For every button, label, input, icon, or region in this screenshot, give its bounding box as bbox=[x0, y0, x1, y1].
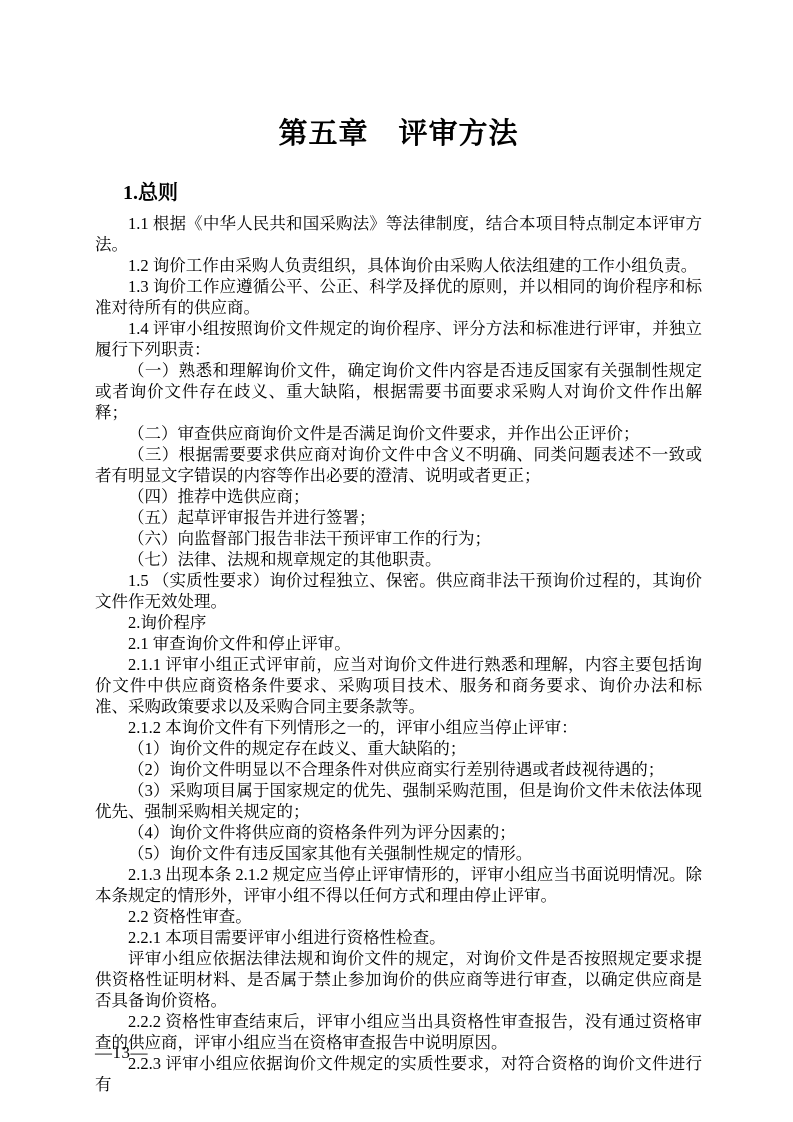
section-heading: 1.总则 bbox=[123, 180, 702, 206]
paragraph: 1.2 询价工作由采购人负责组织，具体询价由采购人依法组建的工作小组负责。 bbox=[95, 255, 702, 276]
paragraph: 2.2 资格性审查。 bbox=[95, 906, 702, 927]
paragraph: （1）询价文件的规定存在歧义、重大缺陷的； bbox=[95, 738, 702, 759]
paragraph: 1.1 根据《中华人民共和国采购法》等法律制度，结合本项目特点制定本评审方法。 bbox=[95, 213, 702, 255]
paragraph: 2.1 审查询价文件和停止评审。 bbox=[95, 633, 702, 654]
paragraph: （二）审查供应商询价文件是否满足询价文件要求，并作出公正评价； bbox=[95, 423, 702, 444]
paragraph: （2）询价文件明显以不合理条件对供应商实行差别待遇或者歧视待遇的； bbox=[95, 759, 702, 780]
paragraph: （六）向监督部门报告非法干预评审工作的行为； bbox=[95, 528, 702, 549]
paragraph: （一）熟悉和理解询价文件，确定询价文件内容是否违反国家有关强制性规定或者询价文件… bbox=[95, 360, 702, 423]
paragraph: 1.5 （实质性要求）询价过程独立、保密。供应商非法干预询价过程的，其询价文件作… bbox=[95, 570, 702, 612]
document-body: 1.1 根据《中华人民共和国采购法》等法律制度，结合本项目特点制定本评审方法。1… bbox=[95, 213, 702, 1095]
paragraph: 1.4 评审小组按照询价文件规定的询价程序、评分方法和标准进行评审，并独立履行下… bbox=[95, 318, 702, 360]
paragraph: 2.1.3 出现本条 2.1.2 规定应当停止评审情形的，评审小组应当书面说明情… bbox=[95, 864, 702, 906]
paragraph: （3）采购项目属于国家规定的优先、强制采购范围，但是询价文件未依法体现优先、强制… bbox=[95, 780, 702, 822]
paragraph: （七）法律、法规和规章规定的其他职责。 bbox=[95, 549, 702, 570]
document-content: 第五章 评审方法 1.总则 1.1 根据《中华人民共和国采购法》等法律制度，结合… bbox=[95, 118, 702, 1095]
paragraph: 评审小组应依据法律法规和询价文件的规定，对询价文件是否按照规定要求提供资格性证明… bbox=[95, 948, 702, 1011]
page-number: —13— bbox=[95, 1042, 148, 1063]
paragraph: 2.2.1 本项目需要评审小组进行资格性检查。 bbox=[95, 927, 702, 948]
paragraph: 2.询价程序 bbox=[95, 612, 702, 633]
paragraph: （四）推荐中选供应商； bbox=[95, 486, 702, 507]
paragraph: （5）询价文件有违反国家其他有关强制性规定的情形。 bbox=[95, 843, 702, 864]
paragraph: （4）询价文件将供应商的资格条件列为评分因素的； bbox=[95, 822, 702, 843]
paragraph: 2.1.1 评审小组正式评审前，应当对询价文件进行熟悉和理解，内容主要包括询价文… bbox=[95, 654, 702, 717]
paragraph: 1.3 询价工作应遵循公平、公正、科学及择优的原则，并以相同的询价程序和标准对待… bbox=[95, 276, 702, 318]
paragraph: 2.1.2 本询价文件有下列情形之一的，评审小组应当停止评审： bbox=[95, 717, 702, 738]
paragraph: （五）起草评审报告并进行签署； bbox=[95, 507, 702, 528]
paragraph: 2.2.3 评审小组应依据询价文件规定的实质性要求，对符合资格的询价文件进行有 bbox=[95, 1053, 702, 1095]
chapter-title: 第五章 评审方法 bbox=[95, 118, 702, 150]
paragraph: （三）根据需要要求供应商对询价文件中含义不明确、同类问题表述不一致或者有明显文字… bbox=[95, 444, 702, 486]
document-page: 第五章 评审方法 1.总则 1.1 根据《中华人民共和国采购法》等法律制度，结合… bbox=[0, 0, 793, 1122]
paragraph: 2.2.2 资格性审查结束后，评审小组应当出具资格性审查报告，没有通过资格审查的… bbox=[95, 1011, 702, 1053]
